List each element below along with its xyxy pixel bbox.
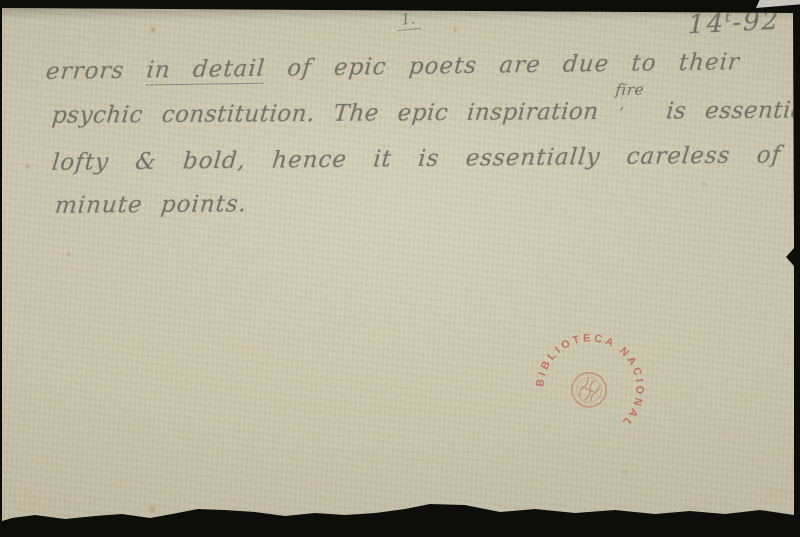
foxing-stain bbox=[66, 251, 72, 257]
handwritten-line-4: minute points. bbox=[54, 191, 249, 219]
folio-number: 14t-92 bbox=[688, 6, 781, 41]
folio-number-suffix: -92 bbox=[732, 6, 780, 39]
line1-pre: errors bbox=[45, 58, 126, 85]
stamp-arc-text: BIBLIOTECA NACIONAL bbox=[530, 314, 664, 433]
foxing-stain bbox=[183, 512, 189, 518]
foxing-stain bbox=[452, 27, 459, 33]
manuscript-paper: 1. 14t-92 errors in detail of epic poets… bbox=[0, 0, 800, 537]
stamp-label: BIBLIOTECA NACIONAL bbox=[530, 314, 664, 433]
line2-end: is essentially bbox=[665, 97, 800, 124]
backing-paper-sliver bbox=[756, 0, 800, 8]
library-stamp: BIBLIOTECA NACIONAL bbox=[507, 305, 673, 471]
interlinear-insertion: fire , bbox=[617, 111, 648, 119]
line1-underlined-phrase: in detail bbox=[145, 56, 266, 86]
line1-rest: of epic poets are due to their bbox=[286, 49, 741, 81]
foxing-stain bbox=[700, 180, 708, 188]
line2-start: psychic constitution. bbox=[51, 101, 316, 129]
scanned-manuscript-page: 1. 14t-92 errors in detail of epic poets… bbox=[0, 0, 800, 537]
inserted-word: fire bbox=[615, 81, 645, 99]
folio-number-main: 14 bbox=[688, 8, 726, 40]
handwritten-line-3: lofty & bold, hence it is essentially ca… bbox=[51, 142, 783, 176]
foxing-stain bbox=[24, 163, 31, 170]
line2-mid: The epic inspiration bbox=[332, 99, 600, 127]
foxing-stain bbox=[148, 506, 157, 513]
handwritten-line-1: errors in detail of epic poets are due t… bbox=[45, 49, 741, 85]
foxing-stain bbox=[149, 26, 157, 33]
foxing-stain bbox=[620, 468, 630, 476]
stamp-emblem-icon bbox=[566, 367, 612, 413]
handwritten-line-2: psychic constitution. The epic inspirati… bbox=[51, 97, 800, 128]
page-mark: 1. bbox=[395, 9, 421, 31]
insertion-caret: , bbox=[619, 97, 626, 113]
